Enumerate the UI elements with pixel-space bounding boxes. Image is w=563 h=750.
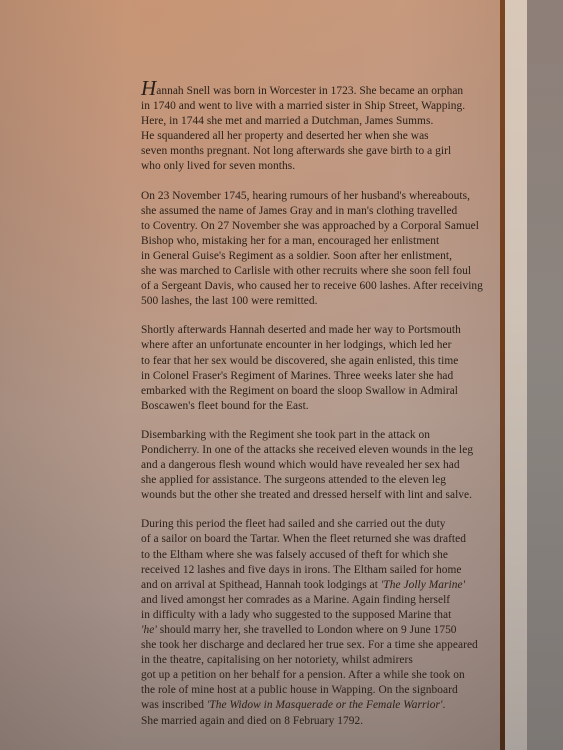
- text-line: where after an unfortunate encounter in …: [141, 338, 501, 353]
- text-line: and on arrival at Spithead, Hannah took …: [141, 578, 501, 593]
- text-line: She married again and died on 8 February…: [141, 714, 501, 729]
- drop-cap: H: [141, 76, 156, 100]
- italic-inn-name: 'The Jolly Marine': [381, 579, 465, 591]
- text-line: Pondicherry. In one of the attacks she r…: [141, 443, 501, 458]
- paragraph-marines: Shortly afterwards Hannah deserted and m…: [141, 323, 501, 414]
- text-line: and lived amongst her comrades as a Mari…: [141, 593, 501, 608]
- text-line: she assumed the name of James Gray and i…: [141, 204, 501, 219]
- text-line: in General Guise's Regiment as a soldier…: [141, 249, 501, 264]
- text-line: On 23 November 1745, hearing rumours of …: [141, 189, 501, 204]
- text-line: she applied for assistance. The surgeons…: [141, 473, 501, 488]
- text-line: seven months pregnant. Not long afterwar…: [141, 144, 501, 159]
- text-line: Shortly afterwards Hannah deserted and m…: [141, 323, 501, 338]
- text-line: embarked with the Regiment on board the …: [141, 384, 501, 399]
- text-line: the role of mine host at a public house …: [141, 683, 501, 698]
- text-line: in 1740 and went to live with a married …: [141, 99, 501, 114]
- text-line: who only lived for seven months.: [141, 159, 501, 174]
- panel-frame: [505, 0, 527, 750]
- text-line: in Colonel Fraser's Regiment of Marines.…: [141, 369, 501, 384]
- text-line: 500 lashes, the last 100 were remitted.: [141, 294, 501, 309]
- text-line: to the Eltham where she was falsely accu…: [141, 548, 501, 563]
- text-line: was inscribed 'The Widow in Masquerade o…: [141, 698, 501, 713]
- text-line: she was marched to Carlisle with other r…: [141, 264, 501, 279]
- text-line: 'he' should marry her, she travelled to …: [141, 623, 501, 638]
- text-line: wounds but the other she treated and dre…: [141, 488, 501, 503]
- text-line: in the theatre, capitalising on her noto…: [141, 653, 501, 668]
- text-line: Boscawen's fleet bound for the East.: [141, 399, 501, 414]
- italic-signboard: 'The Widow in Masquerade or the Female W…: [207, 699, 443, 711]
- paragraph-early-life: Hannah Snell was born in Worcester in 17…: [141, 83, 501, 175]
- text-line: to Coventry. On 27 November she was appr…: [141, 219, 501, 234]
- text-line: in difficulty with a lady who suggested …: [141, 608, 501, 623]
- background-wall: [527, 0, 563, 750]
- text-panel: Hannah Snell was born in Worcester in 17…: [0, 0, 503, 750]
- text-line: received 12 lashes and five days in iron…: [141, 563, 501, 578]
- text-line: and a dangerous flesh wound which would …: [141, 458, 501, 473]
- text-line: Disembarking with the Regiment she took …: [141, 428, 501, 443]
- text-line: got up a petition on her behalf for a pe…: [141, 668, 501, 683]
- text-line: Hannah Snell was born in Worcester in 17…: [141, 83, 501, 99]
- text-line: to fear that her sex would be discovered…: [141, 354, 501, 369]
- italic-he: 'he': [141, 624, 157, 636]
- text-line: of a Sergeant Davis, who caused her to r…: [141, 279, 501, 294]
- text-line: During this period the fleet had sailed …: [141, 517, 501, 532]
- text-line: of a sailor on board the Tartar. When th…: [141, 532, 501, 547]
- paragraph-pondicherry: Disembarking with the Regiment she took …: [141, 428, 501, 503]
- paragraph-enlistment: On 23 November 1745, hearing rumours of …: [141, 189, 501, 310]
- text-line: Bishop who, mistaking her for a man, enc…: [141, 234, 501, 249]
- biography-text: Hannah Snell was born in Worcester in 17…: [141, 83, 501, 743]
- paragraph-later-life: During this period the fleet had sailed …: [141, 517, 501, 728]
- text-line: she took her discharge and declared her …: [141, 638, 501, 653]
- text-line: He squandered all her property and deser…: [141, 129, 501, 144]
- text-line: Here, in 1744 she met and married a Dutc…: [141, 114, 501, 129]
